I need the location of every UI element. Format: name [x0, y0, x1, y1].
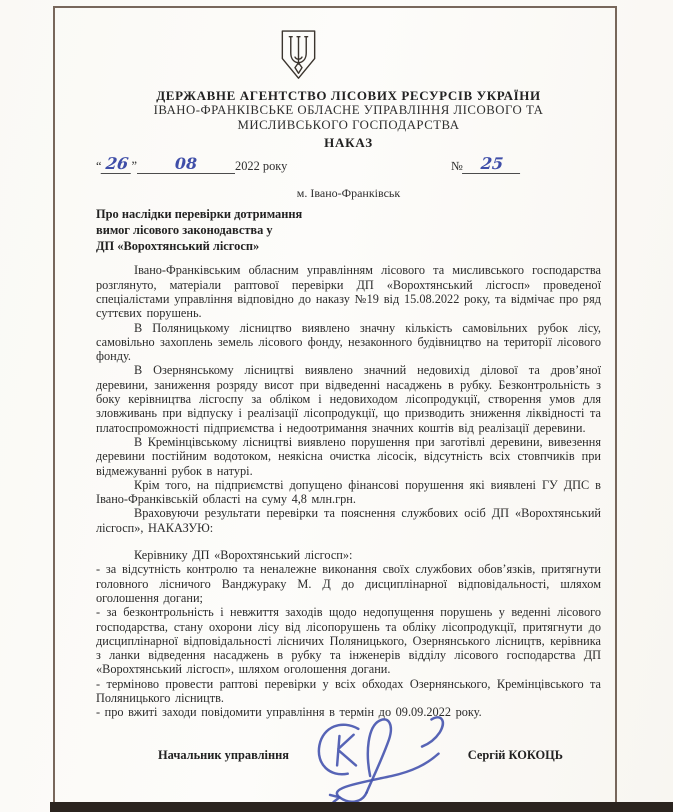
tryzub-shield-icon — [277, 29, 320, 81]
agency-name: ДЕРЖАВНЕ АГЕНТСТВО ЛІСОВИХ РЕСУРСІВ УКРА… — [96, 88, 601, 103]
body-paragraph-6: Враховуючи результати перевірки та поясн… — [96, 506, 601, 535]
date-month-handwritten: 08 — [137, 155, 235, 174]
body-paragraph-4: В Кремінцівському лісництві виявлено пор… — [96, 435, 601, 478]
city-line: м. Івано-Франківськ — [96, 186, 601, 201]
subject-block: Про наслідки перевірки дотримання вимог … — [96, 207, 601, 254]
office-name-line-1: ІВАНО-ФРАНКІВСЬКЕ ОБЛАСНЕ УПРАВЛІННЯ ЛІС… — [96, 103, 601, 118]
signature-row: Начальник управління Сергій КОКОЦЬ — [96, 748, 601, 763]
order-item-1: - за відсутність контролю та неналежне в… — [96, 562, 601, 605]
body-paragraph-1: Івано-Франківським обласним управлінням … — [96, 263, 601, 320]
body-paragraph-3: В Озернянському лісництві виявлено значн… — [96, 363, 601, 434]
subject-line-1: Про наслідки перевірки дотримання — [96, 207, 601, 223]
signatory-position: Начальник управління — [158, 748, 289, 763]
order-item-3: - терміново провести раптові перевірки у… — [96, 677, 601, 706]
subject-line-3: ДП «Ворохтянський лісгосп» — [96, 239, 601, 255]
body-paragraph-5: Крім того, на підприємстві допущено фіна… — [96, 478, 601, 507]
doc-number-handwritten: 25 — [462, 155, 522, 174]
scanned-page: ДЕРЖАВНЕ АГЕНТСТВО ЛІСОВИХ РЕСУРСІВ УКРА… — [0, 0, 673, 812]
signature-icon — [294, 710, 484, 802]
document-type-title: НАКАЗ — [96, 135, 601, 150]
date-number-row: “ 26 ” 08 2022 року № 25 — [96, 153, 601, 174]
document-content: ДЕРЖАВНЕ АГЕНТСТВО ЛІСОВИХ РЕСУРСІВ УКРА… — [96, 0, 601, 763]
body-text: Івано-Франківським обласним управлінням … — [96, 263, 601, 719]
order-addressee: Керівнику ДП «Ворохтянський лісгосп»: — [96, 548, 601, 562]
body-paragraph-2: В Поляницькому лісництво виявлено значну… — [96, 321, 601, 364]
subject-line-2: вимог лісового законодавства у — [96, 223, 601, 239]
scan-bottom-edge — [50, 802, 673, 812]
date-year-label: 2022 року — [235, 159, 287, 174]
office-name-line-2: МИСЛИВСЬКОГО ГОСПОДАРСТВА — [96, 118, 601, 133]
order-item-2: - за безконтрольність і невжиття заходів… — [96, 605, 601, 676]
date-day-handwritten: 26 — [100, 155, 133, 174]
